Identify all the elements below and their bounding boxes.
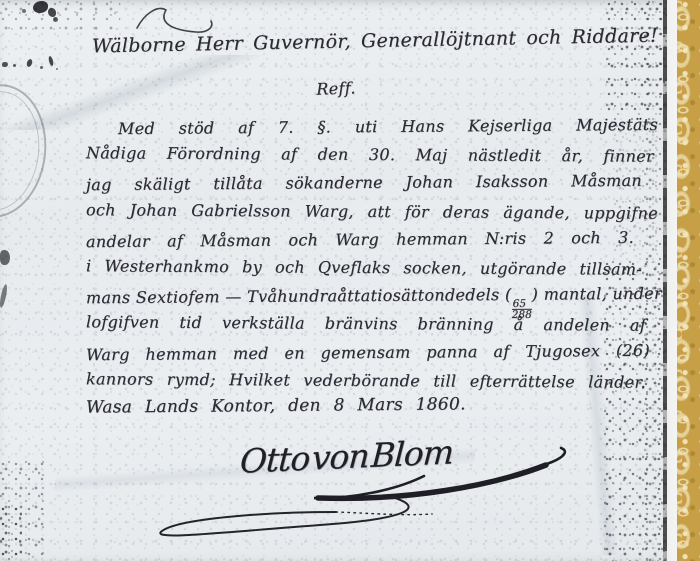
photo-scene: Wälborne Herr Guvernör, Generallöjtnant … <box>0 0 700 561</box>
ink-smudge <box>0 250 10 265</box>
ink-dot <box>48 56 54 67</box>
fraction-line-pre: mans Sextiofem — Tvåhundraåttatiosättond… <box>86 285 512 307</box>
ink-dot <box>40 66 43 69</box>
fraction-line-post: ) mantal, under <box>532 284 662 304</box>
ink-smudge <box>53 17 58 22</box>
body-line: Warg hemman med en gemensam panna af Tju… <box>86 339 650 367</box>
body-line: Med stöd af 7. §. uti Hans Kejserliga Ma… <box>118 113 658 141</box>
page-edge-highlight <box>667 0 677 561</box>
salutation-line: Wälborne Herr Guvernör, Generallöjtnant … <box>92 25 658 58</box>
document-page: Wälborne Herr Guvernör, Generallöjtnant … <box>0 0 677 561</box>
body-line: och Johan Gabrielsson Warg, att för dera… <box>86 198 658 225</box>
ink-smudge <box>22 9 26 13</box>
ink-smudge <box>33 1 48 13</box>
edge-speckles-bottom-left <box>0 460 46 561</box>
ink-dot <box>26 58 33 67</box>
body-line: lofgifven tid verkställa bränvins bränni… <box>86 310 646 337</box>
ink-dot <box>2 62 8 67</box>
wallpaper-pattern <box>677 0 700 561</box>
resolution-heading: Reff. <box>0 67 672 109</box>
body-line: kannors rymd; Hvilket vederbörande till … <box>86 367 646 394</box>
body-line: andelar af Måsman och Warg hemman N:ris … <box>86 226 634 254</box>
edge-speckles-bottom-left <box>0 505 22 561</box>
ink-dot <box>13 64 16 67</box>
ink-dot <box>56 68 58 70</box>
dateline: Wasa Lands Kontor, den 8 Mars 1860. <box>86 394 466 417</box>
edge-speckles-top-right <box>606 0 670 122</box>
edge-speckles-top-left <box>0 0 120 30</box>
body-line: jag skäligt tillåta sökanderne Johan Isa… <box>86 169 642 197</box>
body-line: Nådiga Förordning af den 30. Maj nästled… <box>86 141 654 168</box>
signature: Otto von Blom <box>239 432 454 480</box>
ink-smudge <box>48 8 56 17</box>
body-line: i Westerhankmo by och Qveflaks socken, u… <box>86 254 642 281</box>
ink-smudge <box>0 284 8 309</box>
